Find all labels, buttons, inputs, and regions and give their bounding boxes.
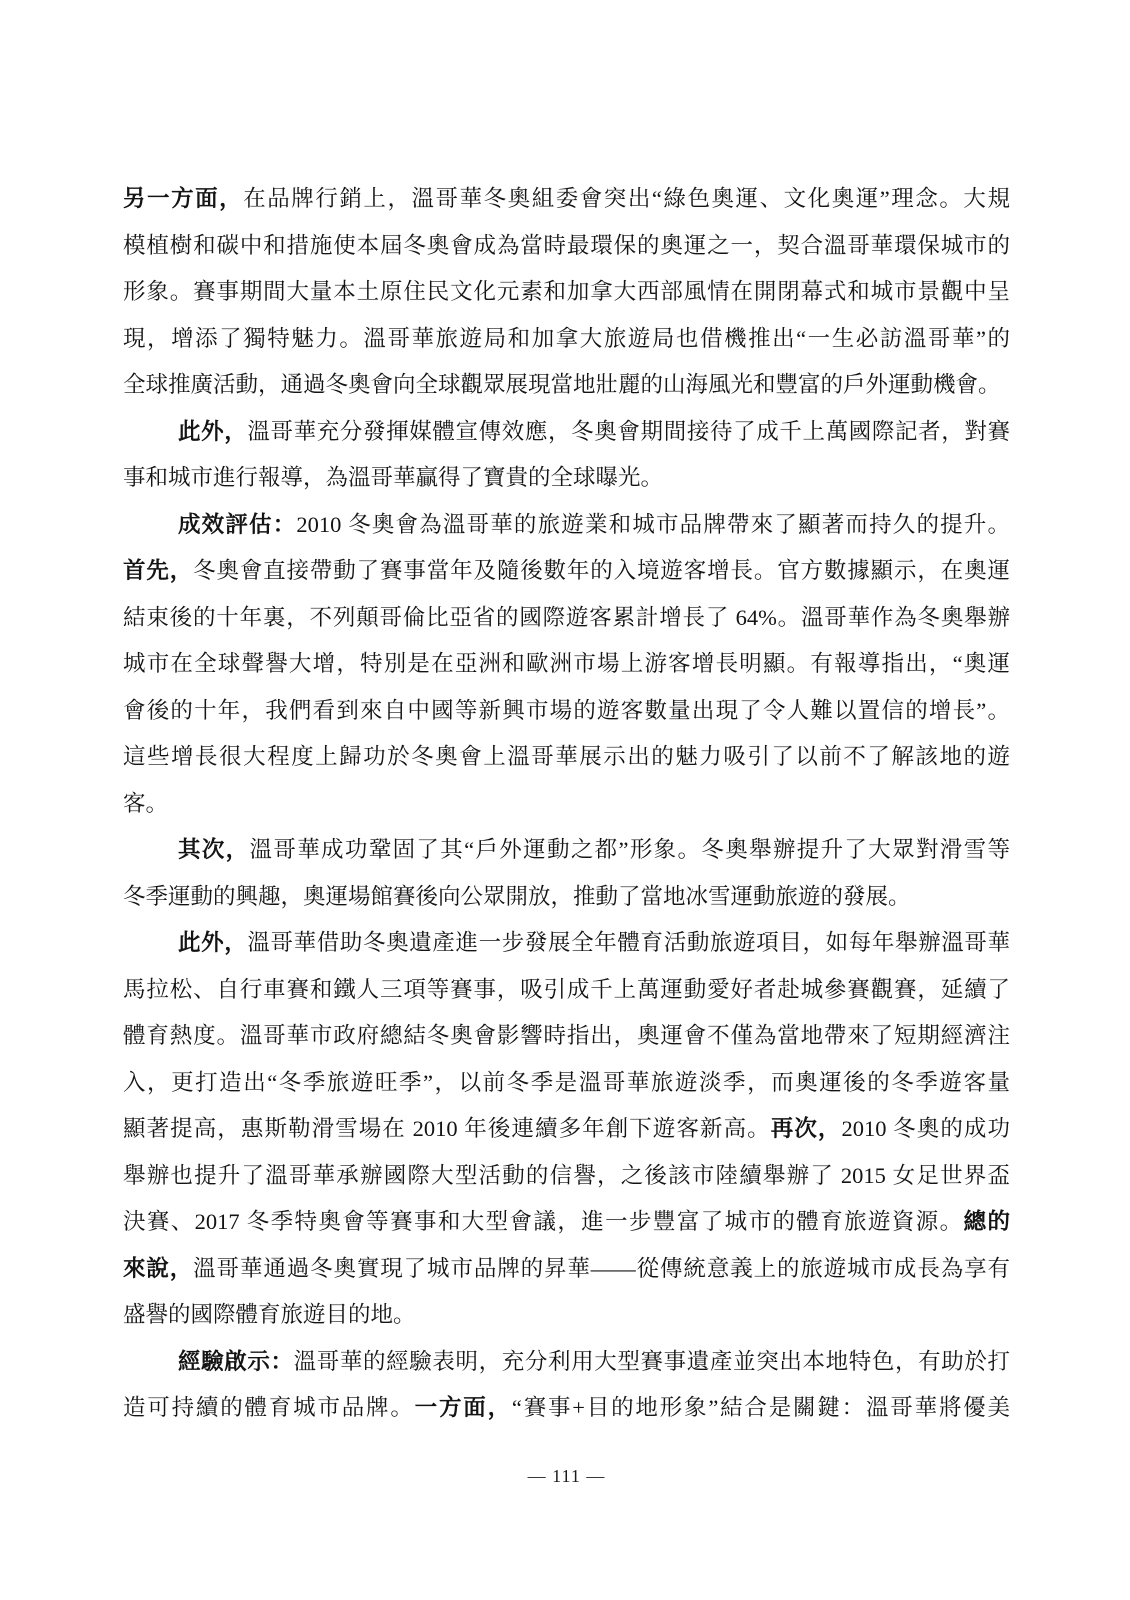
text-segment: 入，更打造出“冬季旅遊旺季”，以前冬季是溫哥華旅遊淡季，而奧運後的冬季遊客量 xyxy=(123,1070,1010,1095)
text-line: 其次，溫哥華成功鞏固了其“戶外運動之都”形象。冬奧舉辦提升了大眾對滑雪等 xyxy=(123,827,1010,874)
bold-text-segment: 成效評估： xyxy=(178,512,296,537)
bold-text-segment: 首先， xyxy=(123,558,193,583)
text-segment: 造可持續的體育城市品牌。 xyxy=(123,1395,415,1420)
text-segment: 現，增添了獨特魅力。溫哥華旅遊局和加拿大旅遊局也借機推出“一生必訪溫哥華”的 xyxy=(123,326,1010,351)
text-line: 經驗啟示：溫哥華的經驗表明，充分利用大型賽事遺產並突出本地特色，有助於打 xyxy=(123,1339,1010,1386)
text-segment: “賽事+目的地形象”結合是關鍵：溫哥華將優美 xyxy=(512,1395,1010,1420)
text-line: 現，增添了獨特魅力。溫哥華旅遊局和加拿大旅遊局也借機推出“一生必訪溫哥華”的 xyxy=(123,316,1010,363)
text-segment: 2010 冬奧會為溫哥華的旅遊業和城市品牌帶來了顯著而持久的提升。 xyxy=(296,512,1010,537)
text-line: 會後的十年，我們看到來自中國等新興市場的遊客數量出現了令人難以置信的增長”。 xyxy=(123,688,1010,735)
text-segment: 溫哥華的經驗表明，充分利用大型賽事遺產並突出本地特色，有助於打 xyxy=(294,1349,1010,1374)
text-line: 體育熱度。溫哥華市政府總結冬奧會影響時指出，奧運會不僅為當地帶來了短期經濟注 xyxy=(123,1013,1010,1060)
text-line: 模植樹和碳中和措施使本屆冬奧會成為當時最環保的奧運之一，契合溫哥華環保城市的 xyxy=(123,223,1010,270)
text-segment: 顯著提高，惠斯勒滑雪場在 2010 年後連續多年創下遊客新高。 xyxy=(123,1116,771,1141)
text-line: 盛譽的國際體育旅遊目的地。 xyxy=(123,1292,1010,1339)
text-segment: 馬拉松、自行車賽和鐵人三項等賽事，吸引成千上萬運動愛好者赴城參賽觀賽，延續了 xyxy=(123,977,1010,1002)
document-body: 另一方面，在品牌行銷上，溫哥華冬奧組委會突出“綠色奧運、文化奧運”理念。大規模植… xyxy=(123,176,1010,1432)
text-segment: 冬季運動的興趣，奧運場館賽後向公眾開放，推動了當地冰雪運動旅遊的發展。 xyxy=(123,884,911,909)
text-segment: 城市在全球聲譽大增，特別是在亞洲和歐洲市場上游客增長明顯。有報導指出，“奧運 xyxy=(123,651,1010,676)
text-line: 形象。賽事期間大量本土原住民文化元素和加拿大西部風情在開閉幕式和城市景觀中呈 xyxy=(123,269,1010,316)
text-line: 首先，冬奧會直接帶動了賽事當年及隨後數年的入境遊客增長。官方數據顯示，在奧運 xyxy=(123,548,1010,595)
bold-text-segment: 再次， xyxy=(771,1116,842,1141)
text-segment: 2010 冬奧的成功 xyxy=(841,1116,1010,1141)
page-number: — 111 — xyxy=(123,1464,1010,1488)
text-segment: 客。 xyxy=(123,791,168,816)
bold-text-segment: 此外， xyxy=(178,930,247,955)
text-segment: 模植樹和碳中和措施使本屆冬奧會成為當時最環保的奧運之一，契合溫哥華環保城市的 xyxy=(123,233,1010,258)
text-line: 結束後的十年裏，不列顛哥倫比亞省的國際遊客累計增長了 64%。溫哥華作為冬奧舉辦 xyxy=(123,595,1010,642)
bold-text-segment: 其次， xyxy=(178,837,250,862)
text-segment: 盛譽的國際體育旅遊目的地。 xyxy=(123,1302,416,1327)
text-line: 冬季運動的興趣，奧運場館賽後向公眾開放，推動了當地冰雪運動旅遊的發展。 xyxy=(123,874,1010,921)
document-page: 另一方面，在品牌行銷上，溫哥華冬奧組委會突出“綠色奧運、文化奧運”理念。大規模植… xyxy=(0,0,1130,1600)
text-segment: 舉辦也提升了溫哥華承辦國際大型活動的信譽，之後該市陸續舉辦了 2015 女足世界… xyxy=(123,1163,1010,1188)
bold-text-segment: 總的 xyxy=(964,1209,1010,1234)
text-line: 入，更打造出“冬季旅遊旺季”，以前冬季是溫哥華旅遊淡季，而奧運後的冬季遊客量 xyxy=(123,1060,1010,1107)
bold-text-segment: 另一方面， xyxy=(123,186,243,211)
text-line: 城市在全球聲譽大增，特別是在亞洲和歐洲市場上游客增長明顯。有報導指出，“奧運 xyxy=(123,641,1010,688)
bold-text-segment: 來說， xyxy=(123,1256,193,1281)
text-segment: 結束後的十年裏，不列顛哥倫比亞省的國際遊客累計增長了 64%。溫哥華作為冬奧舉辦 xyxy=(123,605,1010,630)
text-line: 此外，溫哥華充分發揮媒體宣傳效應，冬奧會期間接待了成千上萬國際記者，對賽 xyxy=(123,409,1010,456)
text-line: 馬拉松、自行車賽和鐵人三項等賽事，吸引成千上萬運動愛好者赴城參賽觀賽，延續了 xyxy=(123,967,1010,1014)
text-segment: 溫哥華通過冬奧實現了城市品牌的昇華——從傳統意義上的旅遊城市成長為享有 xyxy=(193,1256,1010,1281)
text-segment: 這些增長很大程度上歸功於冬奧會上溫哥華展示出的魅力吸引了以前不了解該地的遊 xyxy=(123,744,1010,769)
text-line: 客。 xyxy=(123,781,1010,828)
text-line: 舉辦也提升了溫哥華承辦國際大型活動的信譽，之後該市陸續舉辦了 2015 女足世界… xyxy=(123,1153,1010,1200)
text-line: 成效評估：2010 冬奧會為溫哥華的旅遊業和城市品牌帶來了顯著而持久的提升。 xyxy=(123,502,1010,549)
text-segment: 在品牌行銷上，溫哥華冬奧組委會突出“綠色奧運、文化奧運”理念。大規 xyxy=(243,186,1010,211)
text-segment: 溫哥華成功鞏固了其“戶外運動之都”形象。冬奧舉辦提升了大眾對滑雪等 xyxy=(250,837,1010,862)
text-line: 這些增長很大程度上歸功於冬奧會上溫哥華展示出的魅力吸引了以前不了解該地的遊 xyxy=(123,734,1010,781)
text-segment: 溫哥華充分發揮媒體宣傳效應，冬奧會期間接待了成千上萬國際記者，對賽 xyxy=(247,419,1010,444)
text-line: 決賽、2017 冬季特奧會等賽事和大型會議，進一步豐富了城市的體育旅遊資源。總的 xyxy=(123,1199,1010,1246)
bold-text-segment: 一方面， xyxy=(415,1395,512,1420)
text-segment: 全球推廣活動，通過冬奧會向全球觀眾展現當地壯麗的山海風光和豐富的戶外運動機會。 xyxy=(123,372,1001,397)
text-line: 造可持續的體育城市品牌。一方面，“賽事+目的地形象”結合是關鍵：溫哥華將優美 xyxy=(123,1385,1010,1432)
text-line: 顯著提高，惠斯勒滑雪場在 2010 年後連續多年創下遊客新高。再次，2010 冬… xyxy=(123,1106,1010,1153)
bold-text-segment: 經驗啟示： xyxy=(178,1349,294,1374)
text-segment: 冬奧會直接帶動了賽事當年及隨後數年的入境遊客增長。官方數據顯示，在奧運 xyxy=(193,558,1010,583)
text-line: 來說，溫哥華通過冬奧實現了城市品牌的昇華——從傳統意義上的旅遊城市成長為享有 xyxy=(123,1246,1010,1293)
text-segment: 溫哥華借助冬奧遺產進一步發展全年體育活動旅遊項目，如每年舉辦溫哥華 xyxy=(247,930,1010,955)
bold-text-segment: 此外， xyxy=(178,419,247,444)
text-segment: 體育熱度。溫哥華市政府總結冬奧會影響時指出，奧運會不僅為當地帶來了短期經濟注 xyxy=(123,1023,1010,1048)
text-line: 此外，溫哥華借助冬奧遺產進一步發展全年體育活動旅遊項目，如每年舉辦溫哥華 xyxy=(123,920,1010,967)
text-line: 另一方面，在品牌行銷上，溫哥華冬奧組委會突出“綠色奧運、文化奧運”理念。大規 xyxy=(123,176,1010,223)
text-segment: 決賽、2017 冬季特奧會等賽事和大型會議，進一步豐富了城市的體育旅遊資源。 xyxy=(123,1209,964,1234)
text-line: 全球推廣活動，通過冬奧會向全球觀眾展現當地壯麗的山海風光和豐富的戶外運動機會。 xyxy=(123,362,1010,409)
text-segment: 會後的十年，我們看到來自中國等新興市場的遊客數量出現了令人難以置信的增長”。 xyxy=(123,698,1010,723)
text-segment: 事和城市進行報導，為溫哥華贏得了寶貴的全球曝光。 xyxy=(123,465,663,490)
text-segment: 形象。賽事期間大量本土原住民文化元素和加拿大西部風情在開閉幕式和城市景觀中呈 xyxy=(123,279,1010,304)
text-line: 事和城市進行報導，為溫哥華贏得了寶貴的全球曝光。 xyxy=(123,455,1010,502)
